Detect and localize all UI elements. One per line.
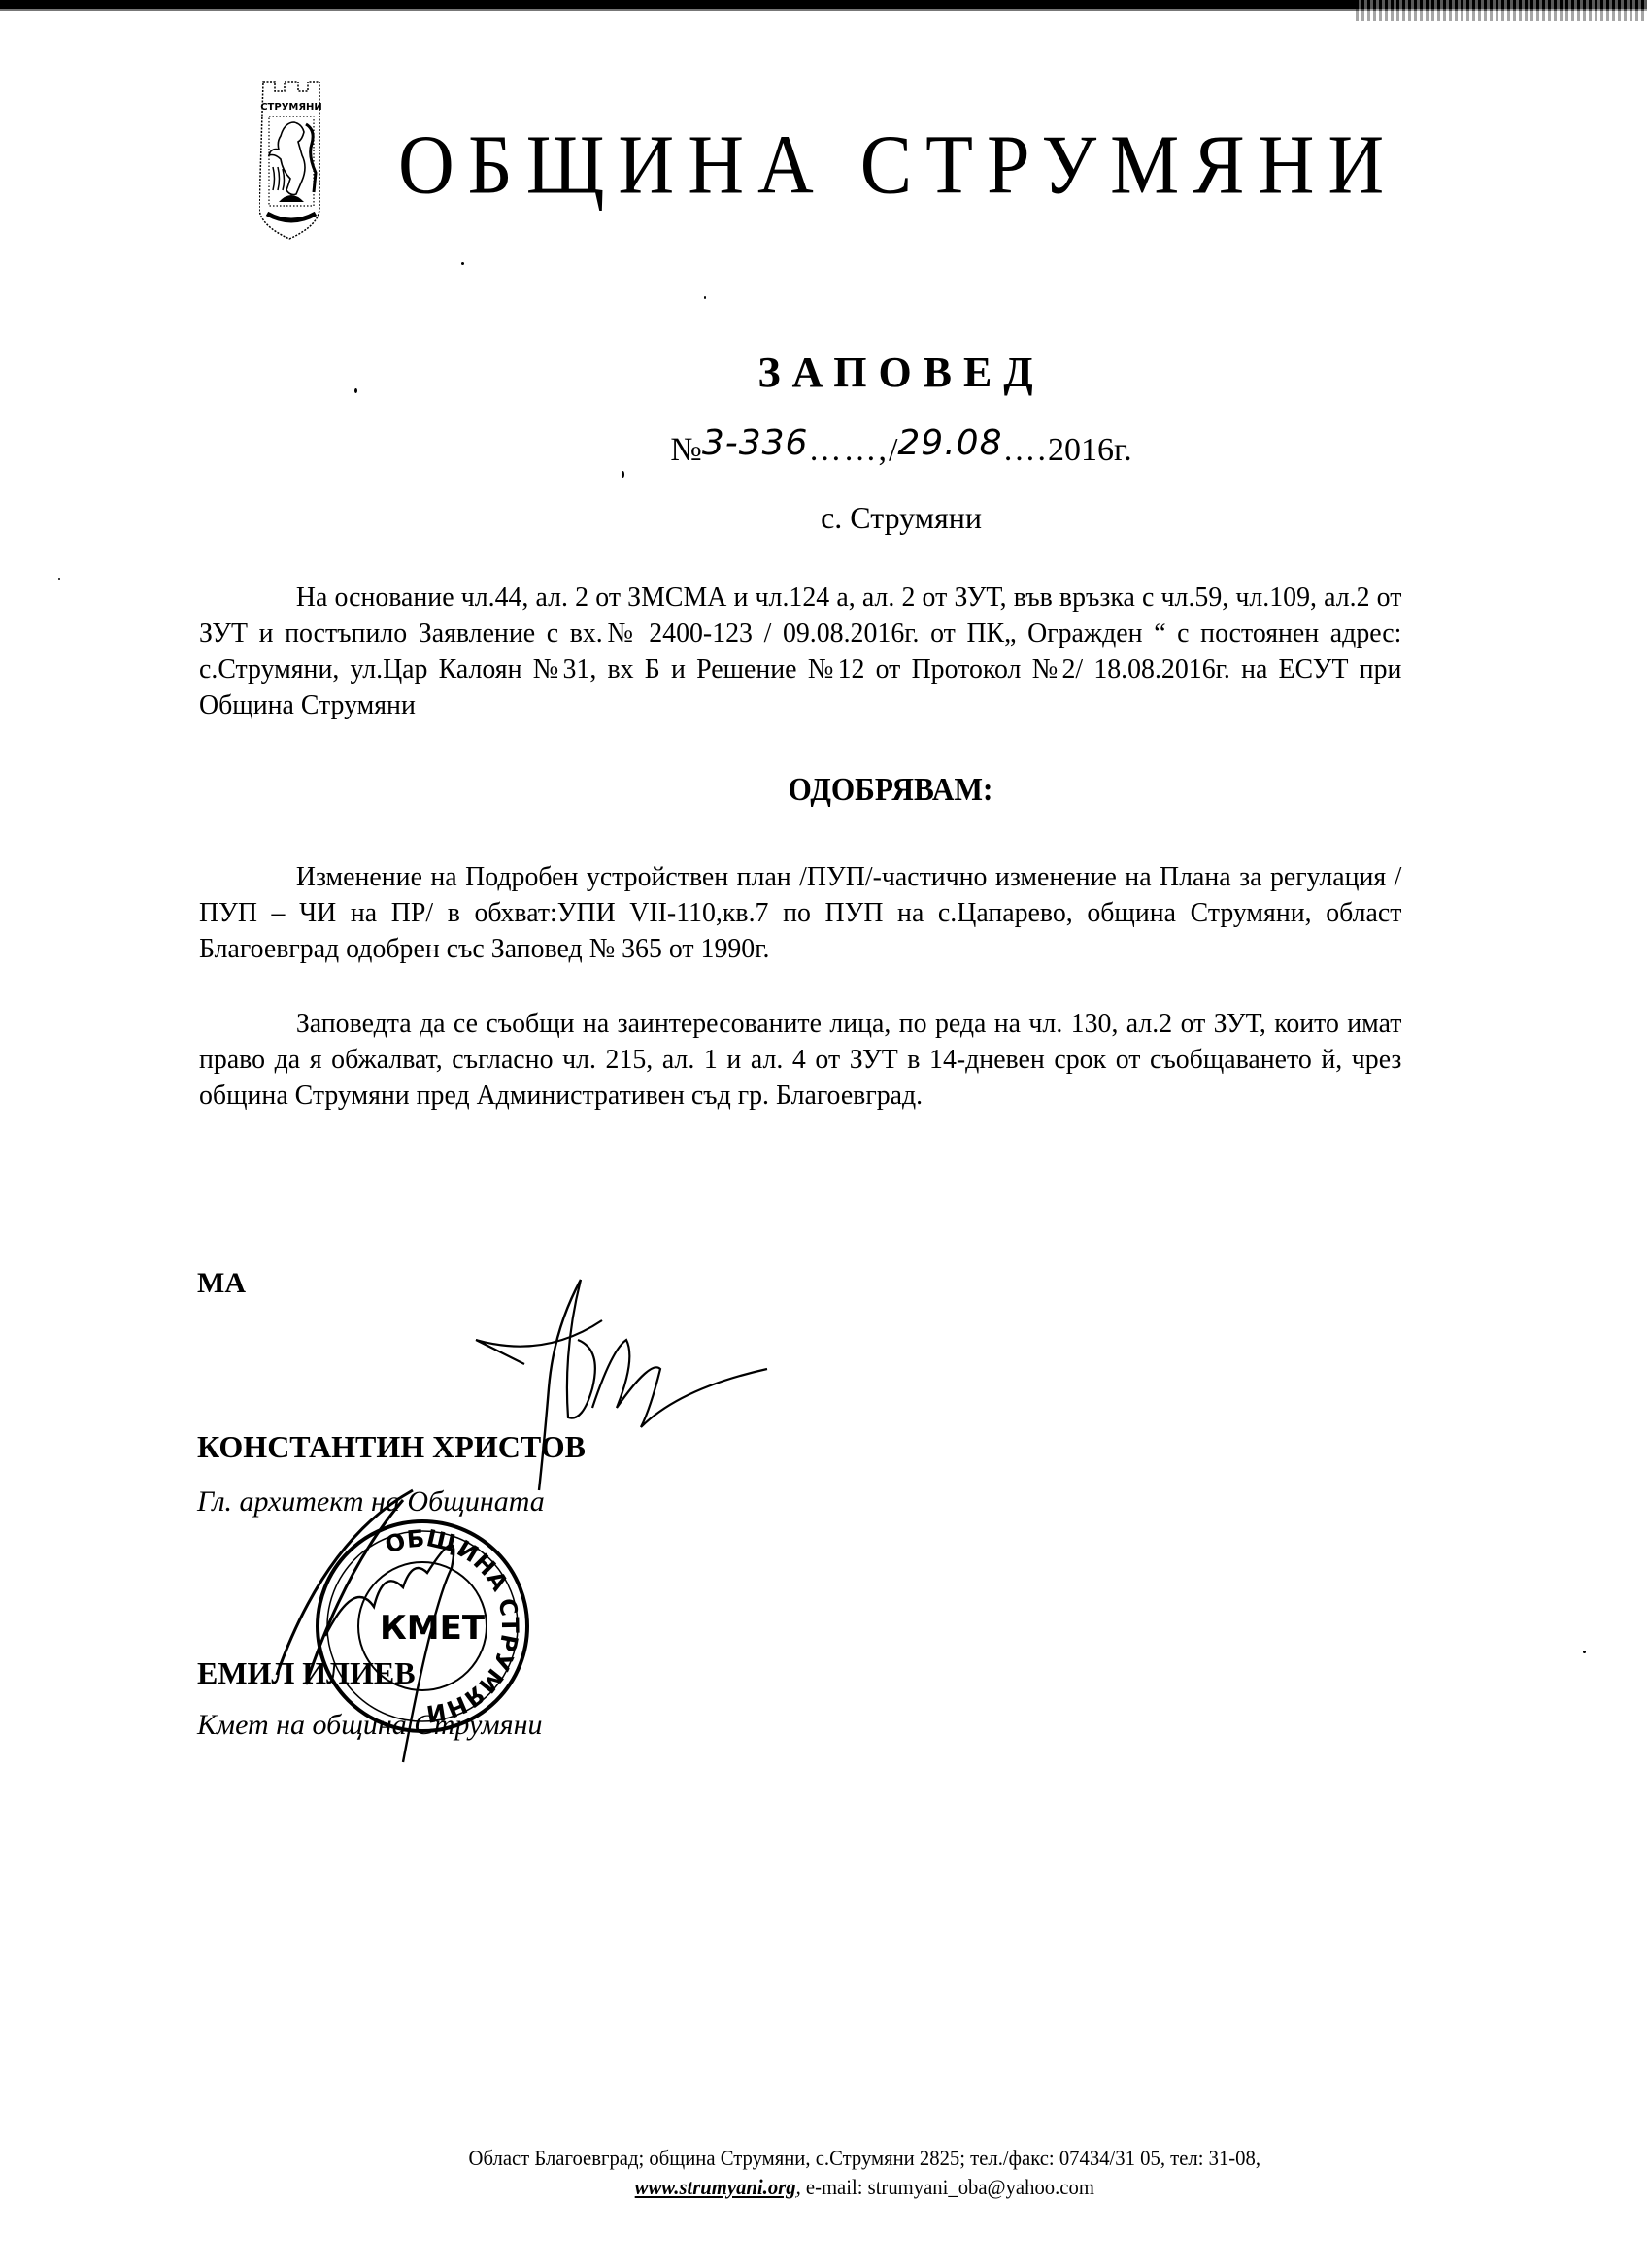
municipality-title: ОБЩИНА СТРУМЯНИ: [398, 118, 1397, 214]
footer-contact: Област Благоевград; община Струмяни, с.С…: [50, 2144, 1597, 2202]
order-number-line: №3-336……,/29.08….2016г.: [0, 429, 1647, 469]
scan-speck: [622, 471, 624, 478]
order-year: 2016г.: [1048, 432, 1132, 468]
svg-text:СТРУМЯНИ: СТРУМЯНИ: [260, 102, 322, 113]
order-number-handwritten: 3-336: [702, 423, 809, 463]
scan-speck: [354, 388, 357, 393]
scan-top-border: [0, 0, 1647, 12]
signer2-name: ЕМИЛ ИЛИЕВ: [197, 1655, 416, 1691]
scan-speck: [1583, 1651, 1586, 1653]
signer1-name: КОНСТАНТИН ХРИСТОВ: [197, 1429, 586, 1465]
order-date-handwritten: 29.08: [897, 423, 1002, 463]
number-prefix: №: [670, 432, 701, 468]
footer-email: , e-mail: strumyani_oba@yahoo.com: [796, 2175, 1094, 2199]
scan-speck: [704, 296, 706, 299]
number-dots: ……,: [808, 432, 889, 468]
signer2-role: Кмет на община Струмяни: [197, 1709, 543, 1742]
date-dots: ….: [1002, 432, 1048, 468]
date-separator: /: [889, 432, 897, 468]
scan-speck: [58, 578, 60, 580]
scan-speck: [461, 262, 464, 265]
issue-place: с. Струмяни: [0, 500, 1647, 536]
basis-paragraph: На основание чл.44, ал. 2 от ЗМСМА и чл.…: [199, 580, 1401, 723]
notice-paragraph: Заповедта да се съобщи на заинтересовани…: [199, 1006, 1401, 1114]
footer-web-line: www.strumyani.org, e-mail: strumyani_oba…: [131, 2173, 1597, 2202]
coat-of-arms-icon: СТРУМЯНИ: [259, 78, 323, 243]
prepared-by-initials: МА: [197, 1267, 246, 1300]
approval-paragraph: Изменение на Подробен устройствен план /…: [199, 859, 1401, 967]
approve-heading: ОДОБРЯВАМ:: [66, 772, 1581, 809]
footer-address-line: Област Благоевград; община Струмяни, с.С…: [131, 2144, 1597, 2173]
document-type-heading: ЗАПОВЕД: [0, 348, 1647, 397]
website-link[interactable]: www.strumyani.org: [635, 2175, 796, 2199]
